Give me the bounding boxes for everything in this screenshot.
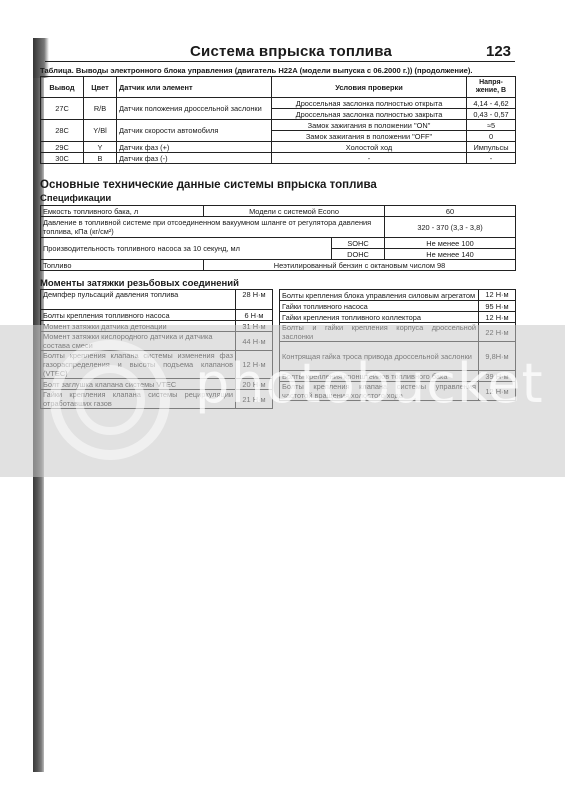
- torque-item: Болты крепления клапана системы управлен…: [280, 382, 479, 401]
- torque-row: Контрящая гайка троса привода дроссельно…: [280, 342, 516, 371]
- torque-row: Болты крепления блока управления силовым…: [280, 290, 516, 301]
- torque-row: Момент затяжки кислородного датчика и да…: [41, 332, 273, 351]
- torque-value: 22 Н·м: [479, 323, 516, 342]
- torque-row: Гайки крепления топливного коллектора12 …: [280, 312, 516, 323]
- subsection-heading: Моменты затяжки резьбовых соединений: [40, 278, 239, 289]
- section-heading: Основные технические данные системы впры…: [40, 179, 377, 191]
- torque-row: Болты и гайки крепления корпуса дроссель…: [280, 323, 516, 342]
- table-row: 29C Y Датчик фаз (+) Холостой ход Импуль…: [41, 142, 516, 153]
- torque-row: Демпфер пульсаций давления топлива28 Н·м: [41, 290, 273, 310]
- table-header-row: Вывод Цвет Датчик или элемент Условия пр…: [41, 77, 516, 98]
- voltage-cell: Импульсы: [467, 142, 516, 153]
- condition-cell: Холостой ход: [272, 142, 467, 153]
- torque-value: 20 Н·м: [236, 379, 273, 390]
- table-row: 27C R/B Датчик положения дроссельной зас…: [41, 98, 516, 109]
- torque-item: Болт заглушка клапана системы VTEC: [41, 379, 236, 390]
- table-caption: Таблица. Выводы электронного блока управ…: [40, 66, 473, 75]
- pin-cell: 29C: [41, 142, 84, 153]
- spec-label: Емкость топливного бака, л: [41, 206, 204, 217]
- condition-cell: Замок зажигания в положении "ON": [272, 120, 467, 131]
- table-row: 30C B Датчик фаз (-) - -: [41, 153, 516, 164]
- condition-cell: Дроссельная заслонка полностью открыта: [272, 98, 467, 109]
- torque-row: Болты крепления топливного насоса6 Н·м: [41, 310, 273, 321]
- torque-row: Болты крепления клапана системы изменени…: [41, 351, 273, 379]
- pinout-table: Вывод Цвет Датчик или элемент Условия пр…: [40, 76, 516, 164]
- col-pin: Вывод: [41, 77, 84, 98]
- pin-cell: 28C: [41, 120, 84, 142]
- color-cell: Y/Bl: [84, 120, 117, 142]
- torque-row: Болт заглушка клапана системы VTEC20 Н·м: [41, 379, 273, 390]
- voltage-cell: 4,14 - 4,62: [467, 98, 516, 109]
- spec-engine: SOHC: [332, 238, 385, 249]
- page-title: Система впрыска топлива: [190, 43, 392, 60]
- pin-cell: 27C: [41, 98, 84, 120]
- torque-item: Болты крепления клапана системы изменени…: [41, 351, 236, 379]
- torque-item: Болты крепления кронштейнов топливного б…: [280, 371, 479, 382]
- torque-item: Гайки топливного насоса: [280, 301, 479, 312]
- page-number: 123: [486, 43, 511, 60]
- torque-table-left: Демпфер пульсаций давления топлива28 Н·м…: [40, 289, 273, 409]
- voltage-cell: 0: [467, 131, 516, 142]
- spec-value: Не менее 140: [385, 249, 516, 260]
- element-cell: Датчик скорости автомобиля: [117, 120, 272, 142]
- voltage-cell: 0,43 - 0,57: [467, 109, 516, 120]
- torque-row: Болты крепления клапана системы управлен…: [280, 382, 516, 401]
- spec-row: Давление в топливной системе при отсоеди…: [41, 217, 516, 238]
- torque-value: 39 Н·м: [479, 371, 516, 382]
- torque-item: Болты крепления топливного насоса: [41, 310, 236, 321]
- torque-row: Момент затяжки датчика детонации31 Н·м: [41, 321, 273, 332]
- color-cell: R/B: [84, 98, 117, 120]
- torque-item: Контрящая гайка троса привода дроссельно…: [280, 342, 479, 371]
- torque-item: Момент затяжки датчика детонации: [41, 321, 236, 332]
- torque-value: 12 Н·м: [479, 290, 516, 301]
- torque-value: 12 Н·м: [479, 312, 516, 323]
- color-cell: Y: [84, 142, 117, 153]
- torque-value: 12 Н·м: [479, 382, 516, 401]
- torque-value: 95 Н·м: [479, 301, 516, 312]
- col-voltage: Напря-жение, В: [467, 77, 516, 98]
- col-element: Датчик или элемент: [117, 77, 272, 98]
- pin-cell: 30C: [41, 153, 84, 164]
- torque-value: 12 Н·м: [236, 351, 273, 379]
- spec-value: 60: [385, 206, 516, 217]
- spec-value: Не менее 100: [385, 238, 516, 249]
- color-cell: B: [84, 153, 117, 164]
- torque-item: Демпфер пульсаций давления топлива: [41, 290, 236, 310]
- title-rule: [45, 61, 515, 62]
- spec-row: Топливо Неэтилированный бензин с октанов…: [41, 260, 516, 271]
- spec-row: Производительность топливного насоса за …: [41, 238, 516, 249]
- spec-value: 320 - 370 (3,3 - 3,8): [385, 217, 516, 238]
- element-cell: Датчик фаз (-): [117, 153, 272, 164]
- subsection-heading: Спецификации: [40, 193, 111, 204]
- torque-value: 9,8Н·м: [479, 342, 516, 371]
- torque-item: Гайки крепления топливного коллектора: [280, 312, 479, 323]
- spec-label: Давление в топливной системе при отсоеди…: [41, 217, 385, 238]
- voltage-cell: ≈5: [467, 120, 516, 131]
- torque-item: Момент затяжки кислородного датчика и да…: [41, 332, 236, 351]
- spec-label: Производительность топливного насоса за …: [41, 238, 332, 260]
- spec-condition: Модели с системой Econo: [204, 206, 385, 217]
- torque-value: 44 Н·м: [236, 332, 273, 351]
- col-color: Цвет: [84, 77, 117, 98]
- torque-row: Гайки крепления клапана системы рециркул…: [41, 390, 273, 409]
- table-row: 28C Y/Bl Датчик скорости автомобиля Замо…: [41, 120, 516, 131]
- condition-cell: -: [272, 153, 467, 164]
- voltage-cell: -: [467, 153, 516, 164]
- specs-table: Емкость топливного бака, л Модели с сист…: [40, 205, 516, 271]
- torque-value: 31 Н·м: [236, 321, 273, 332]
- spec-row: Емкость топливного бака, л Модели с сист…: [41, 206, 516, 217]
- torque-value: 21 Н·м: [236, 390, 273, 409]
- spec-value: Неэтилированный бензин с октановым число…: [204, 260, 516, 271]
- torque-row: Гайки топливного насоса95 Н·м: [280, 301, 516, 312]
- torque-item: Болты крепления блока управления силовым…: [280, 290, 479, 301]
- torque-item: Гайки крепления клапана системы рециркул…: [41, 390, 236, 409]
- torque-row: Болты крепления кронштейнов топливного б…: [280, 371, 516, 382]
- condition-cell: Дроссельная заслонка полностью закрыта: [272, 109, 467, 120]
- element-cell: Датчик фаз (+): [117, 142, 272, 153]
- spec-engine: DOHC: [332, 249, 385, 260]
- torque-value: 28 Н·м: [236, 290, 273, 310]
- torque-table-right: Болты крепления блока управления силовым…: [279, 289, 516, 401]
- torque-item: Болты и гайки крепления корпуса дроссель…: [280, 323, 479, 342]
- torque-value: 6 Н·м: [236, 310, 273, 321]
- col-condition: Условия проверки: [272, 77, 467, 98]
- element-cell: Датчик положения дроссельной заслонки: [117, 98, 272, 120]
- spec-label: Топливо: [41, 260, 204, 271]
- condition-cell: Замок зажигания в положении "OFF": [272, 131, 467, 142]
